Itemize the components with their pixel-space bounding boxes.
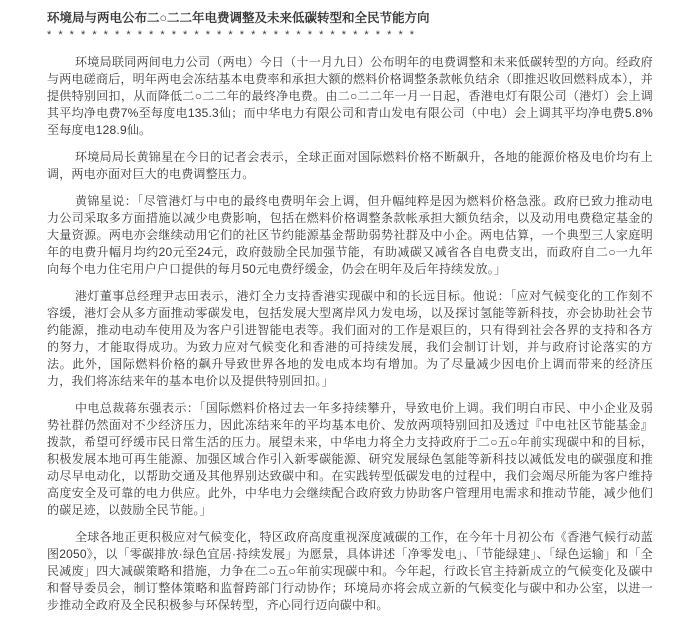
paragraph: 港灯董事总经理尹志田表示，港灯全力支持香港实现碳中和的长远目标。他说：「应对气候… bbox=[47, 288, 653, 390]
paragraph: 黄锦星说：「尽管港灯与中电的最终电费明年会上调，但升幅纯粹是因为燃料价格急涨。政… bbox=[47, 193, 653, 278]
paragraph: 环境局联同两间电力公司（两电）今日（十一月九日）公布明年的电费调整和未来低碳转型… bbox=[47, 54, 653, 139]
paragraph: 环境局局长黄锦星在今日的记者会表示，全球正面对国际燃料价格不断飙升，各地的能源价… bbox=[47, 149, 653, 183]
page-title: 环境局与两电公布二○二二年电费调整及未来低碳转型和全民节能方向 bbox=[47, 10, 653, 27]
press-release-document: 环境局与两电公布二○二二年电费调整及未来低碳转型和全民节能方向 * * * * … bbox=[0, 0, 700, 618]
article-body: 环境局联同两间电力公司（两电）今日（十一月九日）公布明年的电费调整和未来低碳转型… bbox=[47, 54, 653, 614]
paragraph: 中电总裁蒋东强表示：「国际燃料价格过去一年多持续攀升，导致电价上调。我们明白市民… bbox=[47, 400, 653, 519]
title-separator: * * * * * * * * * * * * * * * * * * * * … bbox=[47, 27, 653, 44]
paragraph: 全球各地正更积极应对气候变化，特区政府高度重视深度减碳的工作，在今年十月初公布《… bbox=[47, 529, 653, 614]
